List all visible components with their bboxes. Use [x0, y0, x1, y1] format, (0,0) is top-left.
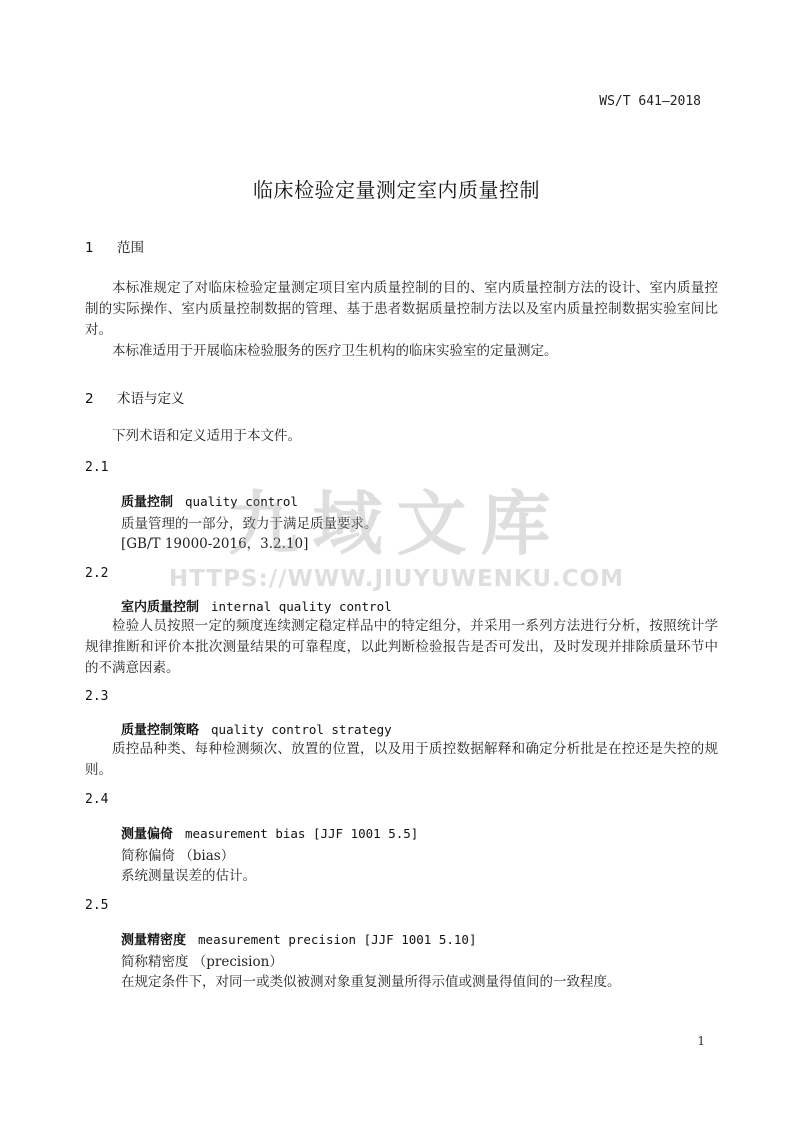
section-number: 1 — [85, 240, 117, 256]
section-number: 2 — [85, 391, 117, 407]
section-title: 范围 — [117, 240, 144, 256]
term-definition: 质控品种类、每种检测频次、放置的位置，以及用于质控数据解释和确定分析批是在控还是… — [85, 739, 718, 781]
term-heading: 测量精密度measurement precision [JJF 1001 5.1… — [121, 929, 476, 948]
term-source: [GB/T 19000-2016，3.2.10] — [121, 532, 308, 552]
term-en: quality control — [185, 494, 298, 509]
term-number: 2.4 — [85, 792, 108, 807]
term-en: quality control strategy — [211, 722, 392, 737]
watermark-url: HTTPS://WWW.JIUYUWENKU.COM — [0, 566, 793, 592]
term-heading: 质量控制quality control — [121, 491, 298, 510]
term-number: 2.5 — [85, 898, 108, 913]
terms-intro: 下列术语和定义适用于本文件。 — [85, 426, 718, 447]
page-number: 1 — [697, 1034, 705, 1048]
section-1-heading: 1范围 — [85, 236, 144, 256]
scope-paragraph-1: 本标准规定了对临床检验定量测定项目室内质量控制的目的、室内质量控制方法的设计、室… — [85, 278, 718, 341]
term-zh: 测量精密度 — [121, 933, 186, 948]
term-zh: 质量控制 — [121, 495, 173, 510]
term-en: internal quality control — [211, 599, 392, 614]
term-en: measurement bias [JJF 1001 5.5] — [185, 826, 418, 841]
term-number: 2.2 — [85, 566, 108, 581]
section-2-heading: 2术语与定义 — [85, 387, 185, 407]
document-page: WS/T 641—2018 临床检验定量测定室内质量控制 1范围 本标准规定了对… — [0, 0, 793, 1122]
term-zh: 质量控制策略 — [121, 723, 199, 738]
term-zh: 测量偏倚 — [121, 827, 173, 842]
term-definition: 质量管理的一部分，致力于满足质量要求。 — [121, 512, 378, 532]
term-heading: 质量控制策略quality control strategy — [121, 719, 392, 738]
term-zh: 室内质量控制 — [121, 600, 199, 615]
term-definition: 在规定条件下，对同一或类似被测对象重复测量所得示值或测量得值间的一致程度。 — [121, 970, 621, 990]
term-heading: 室内质量控制internal quality control — [121, 596, 392, 615]
document-title: 临床检验定量测定室内质量控制 — [0, 174, 793, 203]
term-en: measurement precision [JJF 1001 5.10] — [198, 932, 476, 947]
term-abbreviation: 简称偏倚 （bias） — [121, 844, 234, 864]
term-abbreviation: 简称精密度 （precision） — [121, 950, 283, 970]
term-definition: 检验人员按照一定的频度连续测定稳定样品中的特定组分，并采用一系列方法进行分析，按… — [85, 616, 718, 679]
term-definition: 系统测量误差的估计。 — [121, 864, 256, 884]
term-number: 2.1 — [85, 460, 108, 475]
section-title: 术语与定义 — [117, 391, 185, 407]
term-heading: 测量偏倚measurement bias [JJF 1001 5.5] — [121, 823, 418, 842]
term-number: 2.3 — [85, 689, 108, 704]
watermark-logo-text: 九域文库 — [0, 468, 793, 569]
scope-paragraph-2: 本标准适用于开展临床检验服务的医疗卫生机构的临床实验室的定量测定。 — [85, 341, 718, 362]
standard-code: WS/T 641—2018 — [599, 94, 701, 109]
